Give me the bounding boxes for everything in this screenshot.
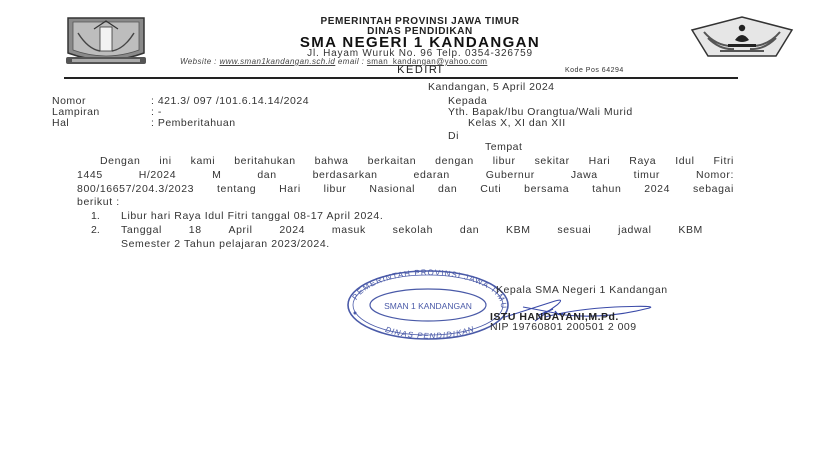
letterhead-postal-code: Kode Pos 64294 (565, 67, 624, 74)
stamp-bottom-text: DINAS PENDIDIKAN (384, 324, 476, 340)
svg-text:DINAS PENDIDIKAN: DINAS PENDIDIKAN (384, 324, 476, 340)
nomor-value: : 421.3/ 097 /101.6.14.14/2024 (151, 95, 309, 107)
body-paragraph-line-2: 1445H/2024MdanberdasarkanedaranGubernurJ… (77, 169, 734, 181)
list-item-1-text: Libur hari Raya Idul Fitri tanggal 08-17… (121, 210, 383, 222)
stamp-center-text: SMAN 1 KANDANGAN (384, 301, 472, 311)
signatory-nip: NIP 19760801 200501 2 009 (490, 321, 637, 333)
hal-label: Hal (52, 117, 69, 129)
official-stamp: PEMERINTAH PROVINSI JAWA TIMUR SMAN 1 KA… (343, 267, 513, 341)
recipient-kelas: Kelas X, XI dan XII (468, 117, 566, 129)
recipient-tempat: Tempat (485, 141, 522, 153)
body-paragraph-line-3: 800/16657/204.3/2023tentangHariliburNasi… (77, 183, 734, 195)
recipient-di: Di (448, 130, 459, 142)
body-paragraph-line-1: Denganinikamiberitahukanbahwaberkaitande… (100, 155, 734, 167)
body-paragraph-line-4: berikut : (77, 196, 120, 208)
letterhead-city: KEDIRI (0, 64, 840, 76)
list-item-2-number: 2. (91, 224, 100, 236)
letterhead-divider (64, 77, 738, 79)
hal-value: : Pemberitahuan (151, 117, 236, 129)
school-emblem-logo (690, 16, 794, 58)
letter-date: Kandangan, 5 April 2024 (428, 81, 555, 93)
list-item-1-number: 1. (91, 210, 100, 222)
list-item-2-text-line-1: Tanggal18April2024masuksekolahdanKBMsesu… (121, 224, 703, 236)
list-item-2-text-line-2: Semester 2 Tahun pelajaran 2023/2024. (121, 238, 330, 250)
